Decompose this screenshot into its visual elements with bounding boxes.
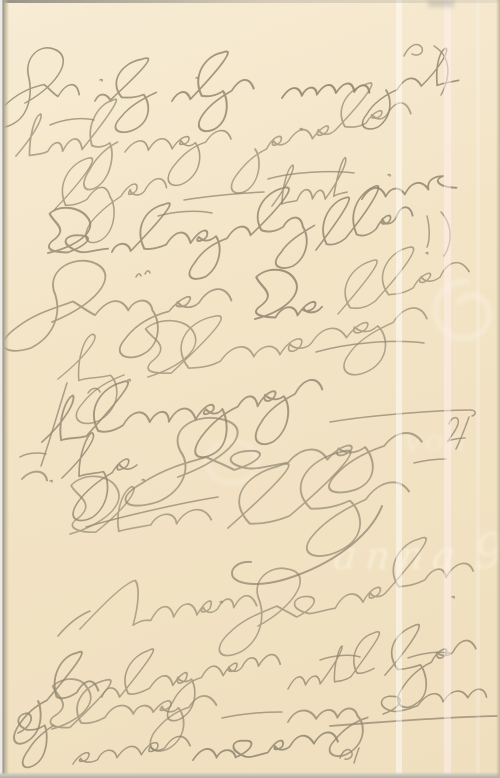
handwriting-line — [0, 45, 464, 134]
paper-edge-left — [0, 0, 9, 778]
paper-edge-right — [496, 0, 500, 778]
handwriting-line — [47, 297, 431, 425]
scan-stripe-2 — [444, 0, 451, 778]
scan-stripe-3 — [476, 0, 480, 778]
paper-edge-bottom — [0, 772, 500, 778]
handwriting-line — [7, 80, 418, 194]
letter-scan: anna 9 von — [0, 0, 500, 778]
handwriting-line — [60, 443, 417, 566]
handwriting-line — [0, 239, 474, 364]
handwriting-line — [12, 616, 481, 745]
scan-stripe-1 — [396, 0, 402, 778]
handwriting-layer — [0, 0, 500, 778]
paper-edge-top — [0, 0, 500, 3]
handwriting-line — [73, 732, 340, 764]
handwriting-line — [22, 402, 431, 522]
signature-line — [80, 531, 480, 657]
